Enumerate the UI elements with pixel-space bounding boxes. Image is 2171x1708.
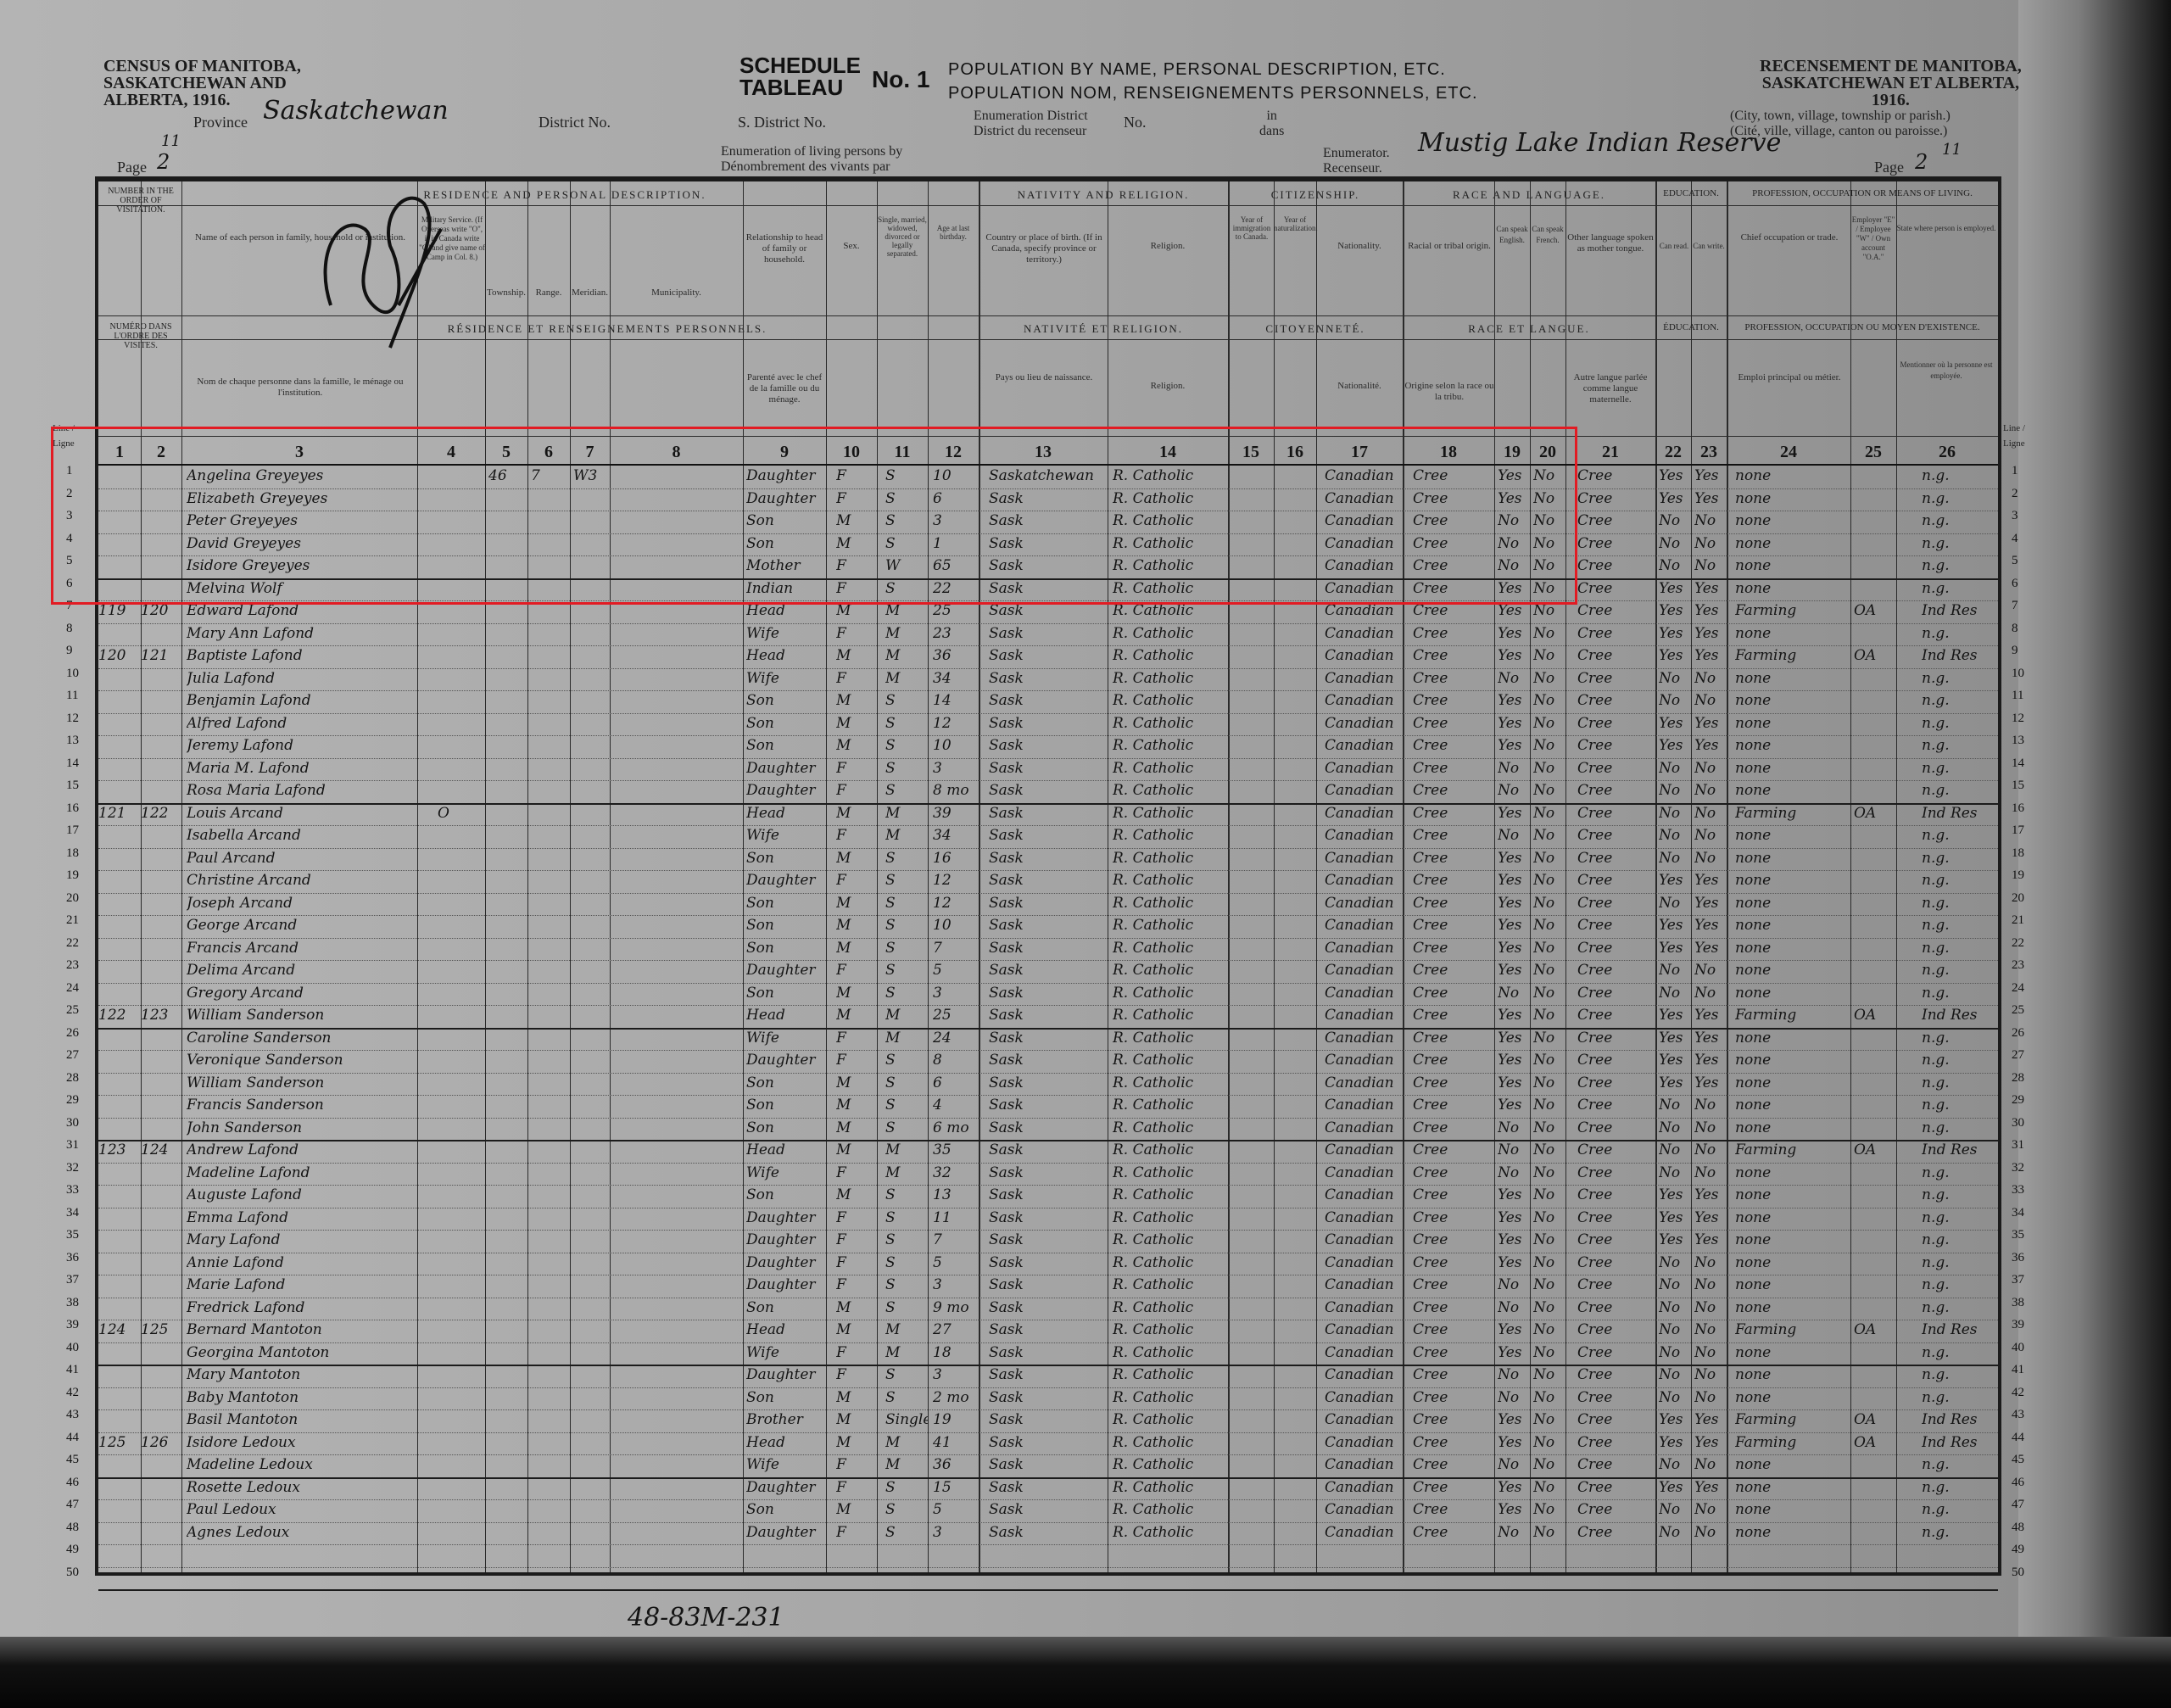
- cell-read: No: [1659, 962, 1691, 979]
- cell-rel: Daughter: [746, 1366, 826, 1383]
- cell-origin: Cree: [1413, 782, 1494, 799]
- title-line: SASKATCHEWAN AND: [103, 75, 301, 92]
- cell-age: 6: [933, 1074, 979, 1091]
- cell-read: No: [1659, 1501, 1691, 1518]
- cell-origin: Cree: [1413, 1119, 1494, 1136]
- table-row: Rosette LedouxDaughterFS15SaskR. Catholi…: [98, 1477, 1998, 1501]
- cell-where: n.g.: [1922, 1366, 1998, 1383]
- cell-name: Auguste Lafond: [187, 1186, 417, 1203]
- cell-family: 122: [141, 805, 181, 822]
- section-number-fr: NUMÉRO DANS L'ORDRE DES VISITES.: [100, 322, 181, 350]
- cell-fre: No: [1533, 715, 1565, 732]
- cell-occ: none: [1735, 1389, 1850, 1406]
- cell-religion: R. Catholic: [1113, 670, 1228, 687]
- line-number: 20: [2012, 891, 2024, 906]
- cell-occ: none: [1735, 1030, 1850, 1047]
- cell-religion: R. Catholic: [1113, 715, 1228, 732]
- cell-eng: No: [1498, 670, 1530, 687]
- cell-sex: F: [836, 1456, 877, 1473]
- cell-family: 123: [141, 1007, 181, 1024]
- cell-name: George Arcand: [187, 917, 417, 934]
- schedule-number: No. 1: [872, 66, 929, 93]
- cell-ms: M: [885, 647, 928, 664]
- cell-name: Madeline Lafond: [187, 1164, 417, 1181]
- cell-rel: Son: [746, 1501, 826, 1518]
- cell-nat: Canadian: [1325, 1299, 1403, 1316]
- cell-birth: Sask: [989, 1141, 1108, 1158]
- cell-write: No: [1694, 535, 1727, 552]
- cell-occ: none: [1735, 1276, 1850, 1293]
- cell-eng: No: [1498, 782, 1530, 799]
- cell-lang: Cree: [1577, 1030, 1655, 1047]
- cell-where: n.g.: [1922, 1299, 1998, 1316]
- col-name-header-fr: Nom de chaque personne dans la famille, …: [183, 377, 417, 399]
- table-row: Auguste LafondSonMS13SaskR. CatholicCana…: [98, 1185, 1998, 1208]
- cell-fre: No: [1533, 737, 1565, 754]
- cell-lang: Cree: [1577, 1007, 1655, 1024]
- cell-write: No: [1694, 1366, 1727, 1383]
- cell-name: Emma Lafond: [187, 1209, 417, 1226]
- cell-where: n.g.: [1922, 940, 1998, 957]
- cell-origin: Cree: [1413, 1344, 1494, 1361]
- cell-ms: S: [885, 1299, 928, 1316]
- cell-write: Yes: [1694, 1209, 1727, 1226]
- cell-nat: Canadian: [1325, 1209, 1403, 1226]
- line-number: 17: [66, 823, 79, 838]
- cell-religion: R. Catholic: [1113, 1164, 1228, 1181]
- cell-origin: Cree: [1413, 985, 1494, 1002]
- cell-age: 25: [933, 602, 979, 619]
- cell-lang: Cree: [1577, 715, 1655, 732]
- cell-nat: Canadian: [1325, 1052, 1403, 1069]
- cell-origin: Cree: [1413, 1231, 1494, 1248]
- cell-read: No: [1659, 1164, 1691, 1181]
- line-number: 8: [2012, 622, 2018, 636]
- line-number: 21: [2012, 913, 2024, 928]
- enum-district-label: Enumeration District District du recense…: [974, 109, 1088, 139]
- cell-sex: F: [836, 872, 877, 889]
- table-row: [98, 1544, 1998, 1568]
- cell-rel: Wife: [746, 1344, 826, 1361]
- cell-sex: M: [836, 692, 877, 709]
- cell-name: Isabella Arcand: [187, 827, 417, 844]
- cell-lang: Cree: [1577, 782, 1655, 799]
- cell-eng: Yes: [1498, 737, 1530, 754]
- col-township-header: Township.: [485, 287, 527, 299]
- cell-write: Yes: [1694, 737, 1727, 754]
- table-row: Maria M. LafondDaughterFS3SaskR. Catholi…: [98, 758, 1998, 782]
- cell-religion: R. Catholic: [1113, 1479, 1228, 1496]
- cell-rel: Daughter: [746, 1276, 826, 1293]
- cell-birth: Sask: [989, 1097, 1108, 1114]
- cell-where: n.g.: [1922, 1074, 1998, 1091]
- cell-lang: Cree: [1577, 917, 1655, 934]
- cell-emp: OA: [1854, 1321, 1896, 1338]
- table-row: 124125Bernard MantotonHeadMM27SaskR. Cat…: [98, 1320, 1998, 1343]
- cell-name: Christine Arcand: [187, 872, 417, 889]
- line-number: 41: [2012, 1363, 2024, 1377]
- cell-religion: R. Catholic: [1113, 1231, 1228, 1248]
- cell-eng: No: [1498, 1366, 1530, 1383]
- cell-rel: Son: [746, 985, 826, 1002]
- cell-sex: M: [836, 917, 877, 934]
- cell-fre: No: [1533, 1321, 1565, 1338]
- cell-read: Yes: [1659, 580, 1691, 597]
- cell-ms: S: [885, 917, 928, 934]
- cell-write: Yes: [1694, 1030, 1727, 1047]
- cell-where: n.g.: [1922, 557, 1998, 574]
- cell-religion: R. Catholic: [1113, 1411, 1228, 1428]
- col-origin-header-fr: Origine selon la race ou la tribu.: [1404, 381, 1494, 403]
- cell-where: n.g.: [1922, 737, 1998, 754]
- cell-origin: Cree: [1413, 1141, 1494, 1158]
- line-number: 5: [2012, 554, 2018, 568]
- cell-where: n.g.: [1922, 625, 1998, 642]
- cell-occ: none: [1735, 467, 1850, 484]
- line-number: 23: [66, 958, 79, 973]
- cell-ms: M: [885, 1344, 928, 1361]
- cell-write: No: [1694, 782, 1727, 799]
- cell-write: No: [1694, 805, 1727, 822]
- label-en: Enumeration District: [974, 109, 1088, 124]
- cell-mil: O: [438, 805, 480, 822]
- cell-occ: none: [1735, 940, 1850, 957]
- cell-age: 9 mo: [933, 1299, 979, 1316]
- schedule-label: SCHEDULE TABLEAU: [739, 54, 861, 98]
- cell-write: Yes: [1694, 490, 1727, 507]
- cell-religion: R. Catholic: [1113, 1344, 1228, 1361]
- cell-eng: No: [1498, 1299, 1530, 1316]
- cell-where: n.g.: [1922, 782, 1998, 799]
- page-annotation-right: 11: [1942, 142, 1962, 158]
- cell-age: 36: [933, 1456, 979, 1473]
- cell-lang: Cree: [1577, 1186, 1655, 1203]
- cell-birth: Sask: [989, 1389, 1108, 1406]
- cell-fre: No: [1533, 1434, 1565, 1451]
- cell-fre: No: [1533, 1524, 1565, 1541]
- cell-sex: F: [836, 1276, 877, 1293]
- table-row: Veronique SandersonDaughterFS8SaskR. Cat…: [98, 1050, 1998, 1074]
- col-range-header: Range.: [527, 287, 570, 299]
- cell-read: No: [1659, 850, 1691, 867]
- cell-occ: none: [1735, 692, 1850, 709]
- cell-name: Paul Arcand: [187, 850, 417, 867]
- cell-nat: Canadian: [1325, 1389, 1403, 1406]
- cell-sex: M: [836, 1434, 877, 1451]
- cell-occ: none: [1735, 737, 1850, 754]
- cell-eng: No: [1498, 760, 1530, 777]
- cell-occ: none: [1735, 1299, 1850, 1316]
- line-number: 50: [2012, 1566, 2024, 1580]
- line-number: 13: [2012, 734, 2024, 748]
- cell-write: No: [1694, 1164, 1727, 1181]
- cell-rel: Brother: [746, 1411, 826, 1428]
- cell-rel: Daughter: [746, 1254, 826, 1271]
- cell-nat: Canadian: [1325, 1411, 1403, 1428]
- cell-ms: M: [885, 1141, 928, 1158]
- table-row: 123124Andrew LafondHeadMM35SaskR. Cathol…: [98, 1140, 1998, 1164]
- cell-nat: Canadian: [1325, 1276, 1403, 1293]
- cell-where: n.g.: [1922, 1254, 1998, 1271]
- cell-where: n.g.: [1922, 1231, 1998, 1248]
- cell-fre: No: [1533, 1141, 1565, 1158]
- cell-ms: S: [885, 940, 928, 957]
- cell-occ: Farming: [1735, 1141, 1850, 1158]
- cell-occ: none: [1735, 782, 1850, 799]
- line-number: 19: [2012, 868, 2024, 883]
- line-number: 38: [66, 1296, 79, 1310]
- line-number: 7: [2012, 599, 2018, 613]
- cell-eng: Yes: [1498, 895, 1530, 912]
- col-read-header: Can read.: [1657, 241, 1691, 252]
- cell-ms: S: [885, 1231, 928, 1248]
- cell-where: n.g.: [1922, 580, 1998, 597]
- cell-write: No: [1694, 1344, 1727, 1361]
- cell-rel: Daughter: [746, 760, 826, 777]
- cell-read: No: [1659, 1389, 1691, 1406]
- cell-occ: none: [1735, 1501, 1850, 1518]
- cell-sex: F: [836, 1254, 877, 1271]
- cell-read: Yes: [1659, 647, 1691, 664]
- cell-sex: F: [836, 625, 877, 642]
- line-number: 26: [2012, 1026, 2024, 1041]
- cell-religion: R. Catholic: [1113, 1389, 1228, 1406]
- line-number: 33: [2012, 1183, 2024, 1197]
- cell-write: No: [1694, 692, 1727, 709]
- col-birthplace-header-fr: Pays ou lieu de naissance.: [980, 372, 1108, 383]
- cell-sex: M: [836, 1097, 877, 1114]
- cell-where: n.g.: [1922, 1097, 1998, 1114]
- line-number: 30: [66, 1116, 79, 1130]
- cell-origin: Cree: [1413, 1299, 1494, 1316]
- cell-where: n.g.: [1922, 1389, 1998, 1406]
- line-number: 22: [2012, 936, 2024, 951]
- cell-birth: Sask: [989, 1524, 1108, 1541]
- cell-fre: No: [1533, 1030, 1565, 1047]
- cell-rel: Daughter: [746, 962, 826, 979]
- cell-religion: R. Catholic: [1113, 985, 1228, 1002]
- cell-write: Yes: [1694, 1411, 1727, 1428]
- line-number: 39: [2012, 1318, 2024, 1332]
- label-fr: Dénombrement des vivants par: [721, 159, 902, 175]
- cell-eng: Yes: [1498, 692, 1530, 709]
- line-number: 22: [66, 936, 79, 951]
- table-row: Rosa Maria LafondDaughterFS8 moSaskR. Ca…: [98, 780, 1998, 805]
- table-row: Joseph ArcandSonMS12SaskR. CatholicCanad…: [98, 893, 1998, 917]
- cell-rel: Son: [746, 1186, 826, 1203]
- cell-nat: Canadian: [1325, 895, 1403, 912]
- cell-eng: Yes: [1498, 805, 1530, 822]
- cell-birth: Sask: [989, 647, 1108, 664]
- cell-origin: Cree: [1413, 805, 1494, 822]
- table-row: John SandersonSonMS6 moSaskR. CatholicCa…: [98, 1118, 1998, 1142]
- cell-write: No: [1694, 850, 1727, 867]
- cell-origin: Cree: [1413, 1366, 1494, 1383]
- cell-age: 18: [933, 1344, 979, 1361]
- cell-religion: R. Catholic: [1113, 1276, 1228, 1293]
- cell-occ: none: [1735, 1052, 1850, 1069]
- cell-read: No: [1659, 1141, 1691, 1158]
- cell-religion: R. Catholic: [1113, 1074, 1228, 1091]
- cell-where: Ind Res: [1922, 602, 1998, 619]
- cell-name: Andrew Lafond: [187, 1141, 417, 1158]
- cell-lang: Cree: [1577, 490, 1655, 507]
- table-row: 121122Louis ArcandOHeadMM39SaskR. Cathol…: [98, 803, 1998, 827]
- province-label: Province: [193, 114, 248, 130]
- cell-occ: none: [1735, 1209, 1850, 1226]
- cell-rel: Daughter: [746, 782, 826, 799]
- cell-religion: R. Catholic: [1113, 647, 1228, 664]
- cell-sex: M: [836, 1321, 877, 1338]
- cell-write: No: [1694, 670, 1727, 687]
- cell-occ: Farming: [1735, 805, 1850, 822]
- cell-rel: Head: [746, 602, 826, 619]
- cell-fre: No: [1533, 670, 1565, 687]
- cell-emp: OA: [1854, 1411, 1896, 1428]
- cell-write: Yes: [1694, 1186, 1727, 1203]
- cell-origin: Cree: [1413, 1501, 1494, 1518]
- cell-where: n.g.: [1922, 1524, 1998, 1541]
- population-title: POPULATION BY NAME, PERSONAL DESCRIPTION…: [948, 58, 1478, 105]
- label-en: (City, town, village, township or parish…: [1730, 109, 1951, 124]
- cell-age: 34: [933, 670, 979, 687]
- col-religion-header-fr: Religion.: [1108, 381, 1228, 392]
- cell-dwelling: 124: [98, 1321, 141, 1338]
- cell-read: Yes: [1659, 1052, 1691, 1069]
- cell-lang: Cree: [1577, 1052, 1655, 1069]
- cell-ms: S: [885, 1276, 928, 1293]
- cell-sex: F: [836, 1524, 877, 1541]
- cell-fre: No: [1533, 1276, 1565, 1293]
- line-number: 15: [2012, 779, 2024, 793]
- archive-reference: 48-83M-231: [628, 1603, 784, 1633]
- cell-nat: Canadian: [1325, 1119, 1403, 1136]
- cell-read: Yes: [1659, 737, 1691, 754]
- cell-sex: M: [836, 1501, 877, 1518]
- col-mother-tongue-header: Other language spoken as mother tongue.: [1565, 232, 1655, 254]
- cell-occ: Farming: [1735, 602, 1850, 619]
- cell-sex: M: [836, 647, 877, 664]
- cell-lang: Cree: [1577, 557, 1655, 574]
- cell-origin: Cree: [1413, 1276, 1494, 1293]
- cell-occ: Farming: [1735, 647, 1850, 664]
- cell-fre: No: [1533, 1389, 1565, 1406]
- cell-rel: Head: [746, 1007, 826, 1024]
- cell-lang: Cree: [1577, 625, 1655, 642]
- cell-read: No: [1659, 1366, 1691, 1383]
- cell-ms: S: [885, 1366, 928, 1383]
- cell-occ: none: [1735, 827, 1850, 844]
- line-number: 48: [2012, 1521, 2024, 1535]
- cell-read: Yes: [1659, 872, 1691, 889]
- cell-rel: Daughter: [746, 1209, 826, 1226]
- cell-ms: S: [885, 1254, 928, 1271]
- cell-occ: none: [1735, 580, 1850, 597]
- schedule-text: SCHEDULE: [739, 54, 861, 76]
- cell-emp: OA: [1854, 1007, 1896, 1024]
- cell-where: n.g.: [1922, 490, 1998, 507]
- cell-ms: S: [885, 1097, 928, 1114]
- cell-religion: R. Catholic: [1113, 827, 1228, 844]
- section-citizenship-en: CITIZENSHIP.: [1228, 188, 1403, 202]
- cell-dwelling: 119: [98, 602, 141, 619]
- cell-occ: Farming: [1735, 1007, 1850, 1024]
- cell-occ: none: [1735, 895, 1850, 912]
- cell-where: n.g.: [1922, 1479, 1998, 1496]
- cell-eng: No: [1498, 1456, 1530, 1473]
- cell-ms: S: [885, 1479, 928, 1496]
- cell-where: Ind Res: [1922, 1434, 1998, 1451]
- cell-dwelling: 123: [98, 1141, 141, 1158]
- cell-fre: No: [1533, 962, 1565, 979]
- cell-eng: Yes: [1498, 625, 1530, 642]
- cell-eng: Yes: [1498, 962, 1530, 979]
- cell-dwelling: 120: [98, 647, 141, 664]
- cell-age: 5: [933, 962, 979, 979]
- cell-religion: R. Catholic: [1113, 917, 1228, 934]
- table-row: [98, 1567, 1998, 1592]
- cell-religion: R. Catholic: [1113, 782, 1228, 799]
- table-row: Basil MantotonBrotherMSingle19SaskR. Cat…: [98, 1409, 1998, 1433]
- cell-origin: Cree: [1413, 895, 1494, 912]
- cell-birth: Sask: [989, 1479, 1108, 1496]
- cell-lang: Cree: [1577, 1366, 1655, 1383]
- line-number: 43: [66, 1408, 79, 1422]
- cell-read: No: [1659, 557, 1691, 574]
- label-fr: Recenseur.: [1323, 161, 1390, 176]
- cell-name: Rosa Maria Lafond: [187, 782, 417, 799]
- cell-ms: S: [885, 1501, 928, 1518]
- cell-religion: R. Catholic: [1113, 692, 1228, 709]
- cell-fre: No: [1533, 1007, 1565, 1024]
- cell-write: No: [1694, 827, 1727, 844]
- cell-lang: Cree: [1577, 895, 1655, 912]
- cell-where: n.g.: [1922, 985, 1998, 1002]
- enumerator-value: Mustig Lake Indian Reserve: [1418, 136, 1781, 151]
- cell-emp: OA: [1854, 805, 1896, 822]
- cell-origin: Cree: [1413, 1007, 1494, 1024]
- cell-religion: R. Catholic: [1113, 602, 1228, 619]
- table-row: Jeremy LafondSonMS10SaskR. CatholicCanad…: [98, 735, 1998, 759]
- cell-birth: Sask: [989, 850, 1108, 867]
- cell-lang: Cree: [1577, 1411, 1655, 1428]
- cell-sex: M: [836, 1389, 877, 1406]
- cell-religion: R. Catholic: [1113, 1097, 1228, 1114]
- cell-nat: Canadian: [1325, 1479, 1403, 1496]
- cell-read: Yes: [1659, 1411, 1691, 1428]
- cell-rel: Son: [746, 917, 826, 934]
- cell-fre: No: [1533, 1299, 1565, 1316]
- cell-origin: Cree: [1413, 760, 1494, 777]
- cell-age: 19: [933, 1411, 979, 1428]
- col-relationship-header-fr: Parenté avec le chef de la famille ou du…: [743, 372, 826, 405]
- cell-nat: Canadian: [1325, 1434, 1403, 1451]
- cell-write: Yes: [1694, 580, 1727, 597]
- cell-origin: Cree: [1413, 917, 1494, 934]
- cell-write: No: [1694, 1524, 1727, 1541]
- cell-fre: No: [1533, 647, 1565, 664]
- cell-emp: OA: [1854, 1141, 1896, 1158]
- cell-birth: Sask: [989, 895, 1108, 912]
- page-label-left: Page: [117, 159, 147, 175]
- cell-where: Ind Res: [1922, 1141, 1998, 1158]
- line-number: 30: [2012, 1116, 2024, 1130]
- cell-name: Fredrick Lafond: [187, 1299, 417, 1316]
- cell-age: 3: [933, 760, 979, 777]
- cell-eng: Yes: [1498, 1209, 1530, 1226]
- cell-sex: M: [836, 715, 877, 732]
- col-where-header-fr: Mentionner où la personne est employée.: [1896, 360, 1996, 382]
